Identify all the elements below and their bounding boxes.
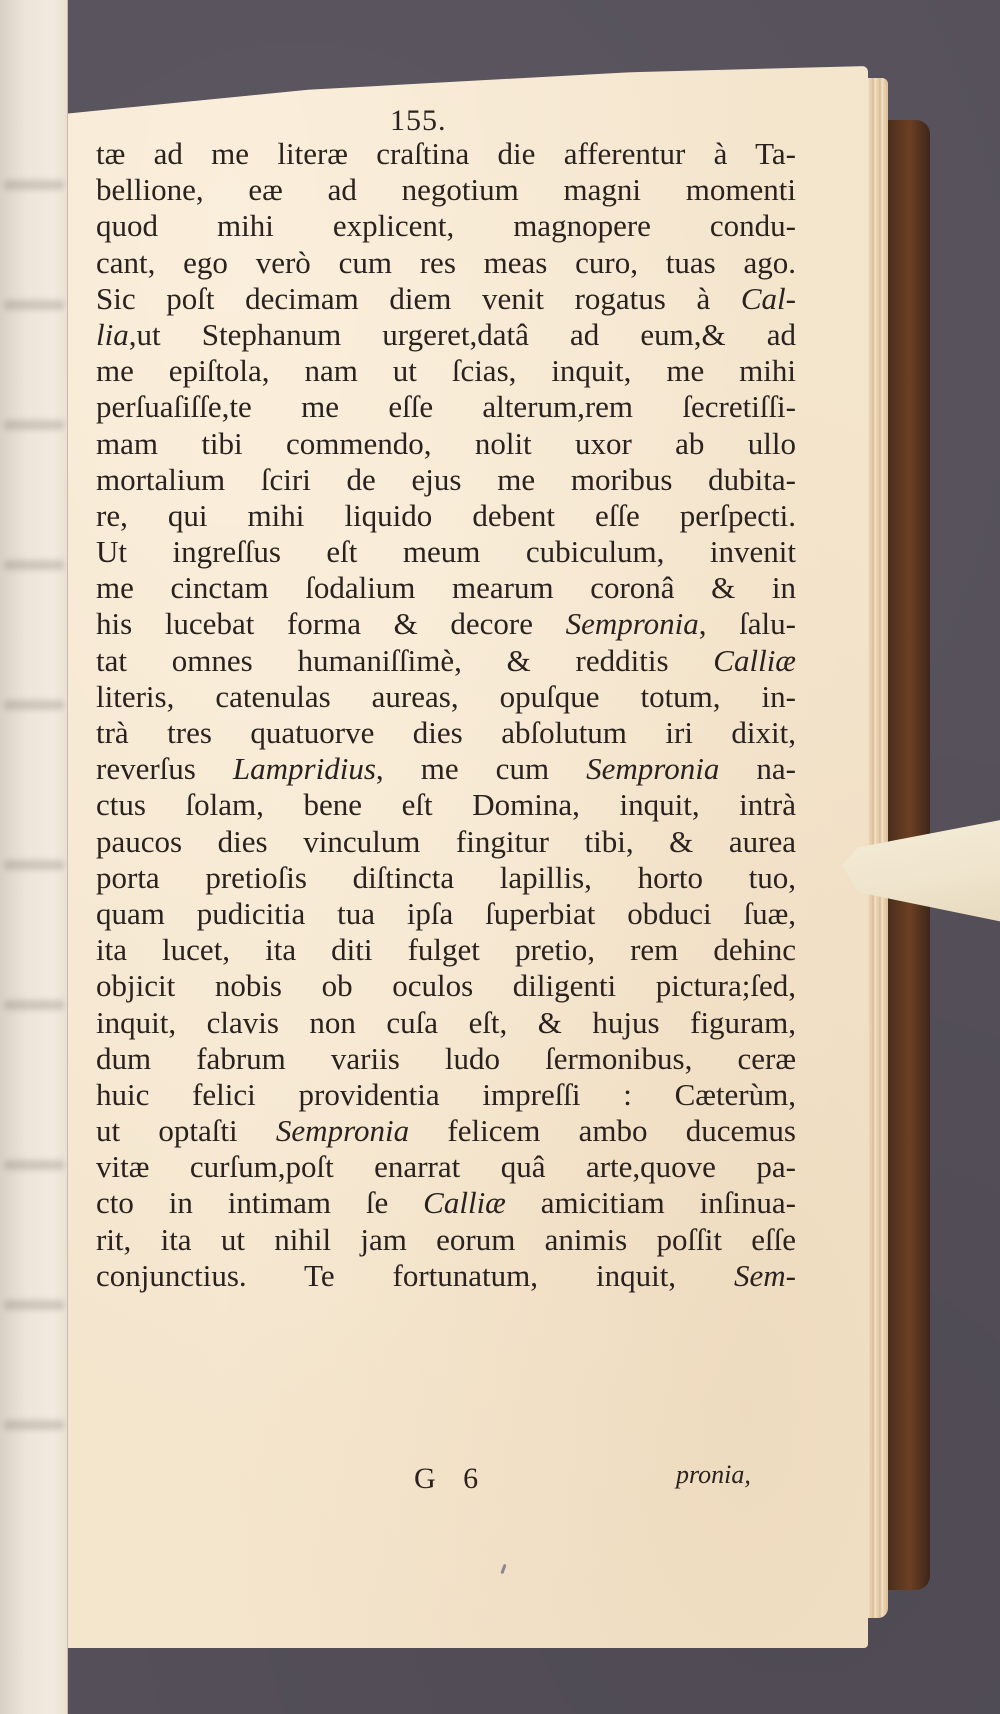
text-run: mam tibi commendo, nolit uxor ab ullo: [96, 426, 796, 461]
text-line: tæ ad me literæ craſtina die afferentur …: [96, 136, 796, 172]
text-run: vitæ curſum,poſt enarrat quâ arte,quove …: [96, 1149, 796, 1184]
text-run: trà tres quatuorve dies abſolutum iri di…: [96, 715, 796, 750]
text-line: cant, ego verò cum res meas curo, tuas a…: [96, 245, 796, 281]
text-run: me cinctam ſodalium mearum coronâ & in: [96, 570, 796, 605]
text-line: cto in intimam ſe Calliæ amicitiam inſin…: [96, 1185, 796, 1221]
text-line: ctus ſolam, bene eſt Domina, inquit, int…: [96, 787, 796, 823]
text-run: amicitiam inſinua-: [506, 1185, 796, 1220]
signature-mark: G 6: [414, 1462, 488, 1496]
text-line: Ut ingreſſus eſt meum cubiculum, invenit: [96, 534, 796, 570]
text-run: na-: [719, 751, 796, 786]
text-line: ut optaſti Sempronia felicem ambo ducemu…: [96, 1113, 796, 1149]
text-run: rit, ita ut nihil jam eorum animis poſſi…: [96, 1222, 796, 1257]
text-run: ,ut Stephanum urgeret,datâ ad eum,& ad: [129, 317, 796, 352]
text-run: huic felici providentia impreſſi : Cæter…: [96, 1077, 796, 1112]
text-line: trà tres quatuorve dies abſolutum iri di…: [96, 715, 796, 751]
text-line: conjunctius. Te fortunatum, inquit, Sem-: [96, 1258, 796, 1294]
italic-name: Calliæ: [423, 1185, 506, 1220]
text-run: cant, ego verò cum res meas curo, tuas a…: [96, 245, 796, 280]
italic-name: Lampridius: [233, 751, 376, 786]
text-run: tæ ad me literæ craſtina die afferentur …: [96, 136, 796, 171]
text-run: felicem ambo ducemus: [409, 1113, 796, 1148]
text-line: ita lucet, ita diti fulget pretio, rem d…: [96, 932, 796, 968]
italic-name: Sempronia: [566, 606, 699, 641]
italic-name: Sem-: [734, 1258, 796, 1293]
text-run: perſuaſiſſe,te me eſſe alterum,rem ſecre…: [96, 389, 796, 424]
text-run: , me cum: [376, 751, 586, 786]
text-run: dum fabrum variis ludo ſermonibus, ceræ: [96, 1041, 796, 1076]
text-line: lia,ut Stephanum urgeret,datâ ad eum,& a…: [96, 317, 796, 353]
text-line: tat omnes humaniſſimè, & redditis Calliæ: [96, 643, 796, 679]
text-run: Sic poſt decimam diem venit rogatus à: [96, 281, 741, 316]
page-number: 155.: [390, 104, 447, 138]
text-line: porta pretioſis diſtincta lapillis, hort…: [96, 860, 796, 896]
text-run: quod mihi explicent, magnopere condu-: [96, 208, 796, 243]
italic-name: Calliæ: [713, 643, 796, 678]
text-run: conjunctius. Te fortunatum, inquit,: [96, 1258, 734, 1293]
text-run: ut optaſti: [96, 1113, 276, 1148]
text-line: dum fabrum variis ludo ſermonibus, ceræ: [96, 1041, 796, 1077]
text-line: mam tibi commendo, nolit uxor ab ullo: [96, 426, 796, 462]
text-line: inquit, clavis non cuſa eſt, & hujus fig…: [96, 1005, 796, 1041]
text-line: bellione, eæ ad negotium magni momenti: [96, 172, 796, 208]
text-run: his lucebat forma & decore: [96, 606, 566, 641]
italic-name: Sempronia: [276, 1113, 409, 1148]
text-run: ita lucet, ita diti fulget pretio, rem d…: [96, 932, 796, 967]
text-run: ctus ſolam, bene eſt Domina, inquit, int…: [96, 787, 796, 822]
text-line: mortalium ſciri de ejus me moribus dubit…: [96, 462, 796, 498]
text-run: quam pudicitia tua ipſa ſuperbiat obduci…: [96, 896, 796, 931]
text-line: perſuaſiſſe,te me eſſe alterum,rem ſecre…: [96, 389, 796, 425]
text-run: porta pretioſis diſtincta lapillis, hort…: [96, 860, 796, 895]
text-run: , ſalu-: [699, 606, 796, 641]
text-line: rit, ita ut nihil jam eorum animis poſſi…: [96, 1222, 796, 1258]
page-footer: G 6 pronia,: [96, 1462, 796, 1502]
text-line: quam pudicitia tua ipſa ſuperbiat obduci…: [96, 896, 796, 932]
text-run: cto in intimam ſe: [96, 1185, 423, 1220]
italic-name: Cal-: [741, 281, 796, 316]
catchword: pronia,: [676, 1460, 751, 1490]
italic-name: Sempronia: [586, 751, 719, 786]
text-line: me epiſtola, nam ut ſcias, inquit, me mi…: [96, 353, 796, 389]
text-run: literis, catenulas aureas, opuſque totum…: [96, 679, 796, 714]
text-line: re, qui mihi liquido debent eſſe perſpec…: [96, 498, 796, 534]
text-line: Sic poſt decimam diem venit rogatus à Ca…: [96, 281, 796, 317]
italic-name: lia: [96, 317, 129, 352]
text-line: me cinctam ſodalium mearum coronâ & in: [96, 570, 796, 606]
text-line: quod mihi explicent, magnopere condu-: [96, 208, 796, 244]
text-line: huic felici providentia impreſſi : Cæter…: [96, 1077, 796, 1113]
text-line: paucos dies vinculum fingitur tibi, & au…: [96, 824, 796, 860]
facing-page-left: [0, 0, 68, 1714]
text-line: objicit nobis ob oculos diligenti pictur…: [96, 968, 796, 1004]
text-run: bellione, eæ ad negotium magni momenti: [96, 172, 796, 207]
text-run: inquit, clavis non cuſa eſt, & hujus fig…: [96, 1005, 796, 1040]
text-run: tat omnes humaniſſimè, & redditis: [96, 643, 713, 678]
text-run: mortalium ſciri de ejus me moribus dubit…: [96, 462, 796, 497]
text-run: Ut ingreſſus eſt meum cubiculum, invenit: [96, 534, 796, 569]
text-line: reverſus Lampridius, me cum Sempronia na…: [96, 751, 796, 787]
text-run: me epiſtola, nam ut ſcias, inquit, me mi…: [96, 353, 796, 388]
text-run: objicit nobis ob oculos diligenti pictur…: [96, 968, 796, 1003]
text-line: literis, catenulas aureas, opuſque totum…: [96, 679, 796, 715]
text-run: paucos dies vinculum fingitur tibi, & au…: [96, 824, 796, 859]
body-text: tæ ad me literæ craſtina die afferentur …: [96, 136, 796, 1294]
text-run: re, qui mihi liquido debent eſſe perſpec…: [96, 498, 796, 533]
text-line: vitæ curſum,poſt enarrat quâ arte,quove …: [96, 1149, 796, 1185]
text-line: his lucebat forma & decore Sempronia, ſa…: [96, 606, 796, 642]
text-run: reverſus: [96, 751, 233, 786]
